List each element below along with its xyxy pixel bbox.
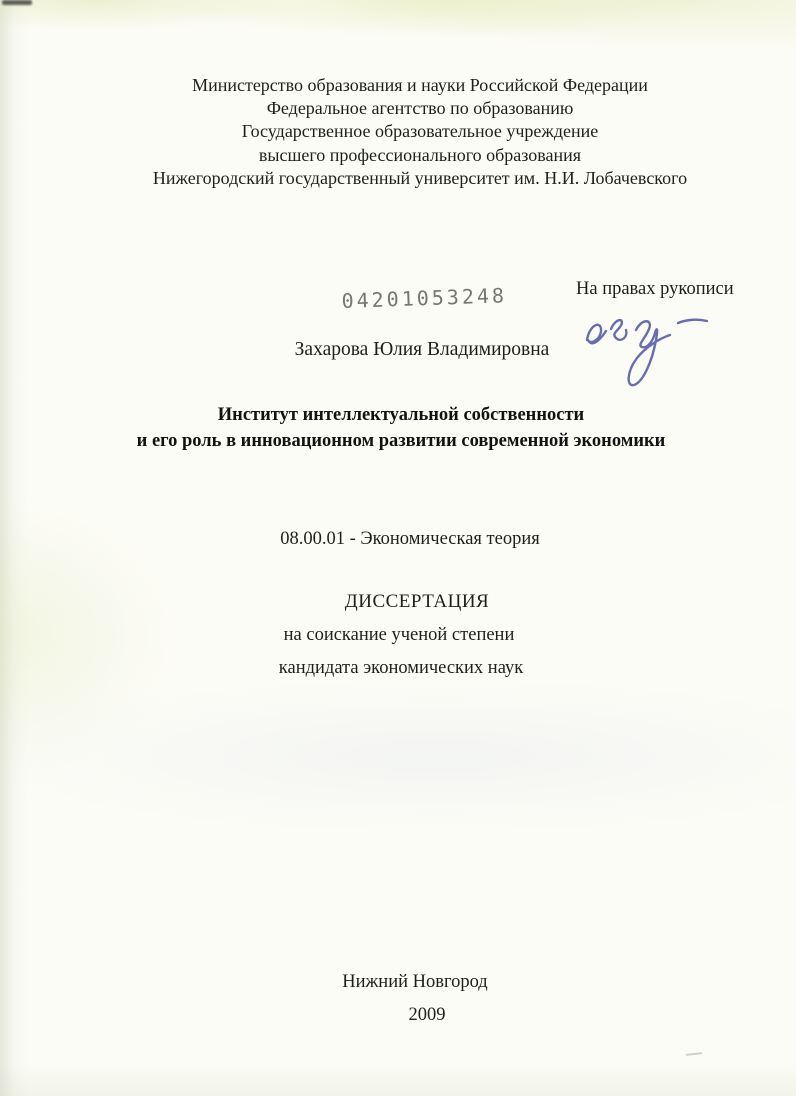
scan-corner-smudge [2, 0, 32, 5]
header-line-ministry: Министерство образования и науки Российс… [22, 74, 796, 97]
header-line-university: Нижегородский государственный университе… [22, 167, 796, 190]
header-line-institution: Государственное образовательное учрежден… [22, 120, 796, 143]
dissertation-title-line1: Институт интеллектуальной собственности [3, 402, 796, 428]
specialty-code: 08.00.01 - Экономическая теория [12, 529, 796, 550]
scanned-title-page: Министерство образования и науки Российс… [0, 0, 796, 1096]
header-line-agency: Федеральное агентство по образованию [22, 97, 796, 120]
dissertation-title-line2: и его роль в инновационном развитии совр… [3, 428, 796, 454]
document-type: ДИССЕРТАЦИЯ [19, 591, 796, 613]
institution-header: Министерство образования и науки Российс… [22, 74, 796, 190]
registration-stamp-number: 04201053248 [341, 283, 507, 313]
publication-city: Нижний Новгород [17, 972, 796, 993]
dissertation-title: Институт интеллектуальной собственности … [3, 402, 796, 454]
scan-stray-mark [686, 1052, 702, 1056]
degree-purpose-line: на соискание ученой степени [1, 625, 796, 646]
degree-name-line: кандидата экономических наук [3, 658, 796, 679]
publication-year: 2009 [29, 1005, 796, 1026]
author-name: Захарова Юлия Владимировна [24, 339, 796, 361]
header-line-education: высшего профессионального образования [22, 144, 796, 167]
